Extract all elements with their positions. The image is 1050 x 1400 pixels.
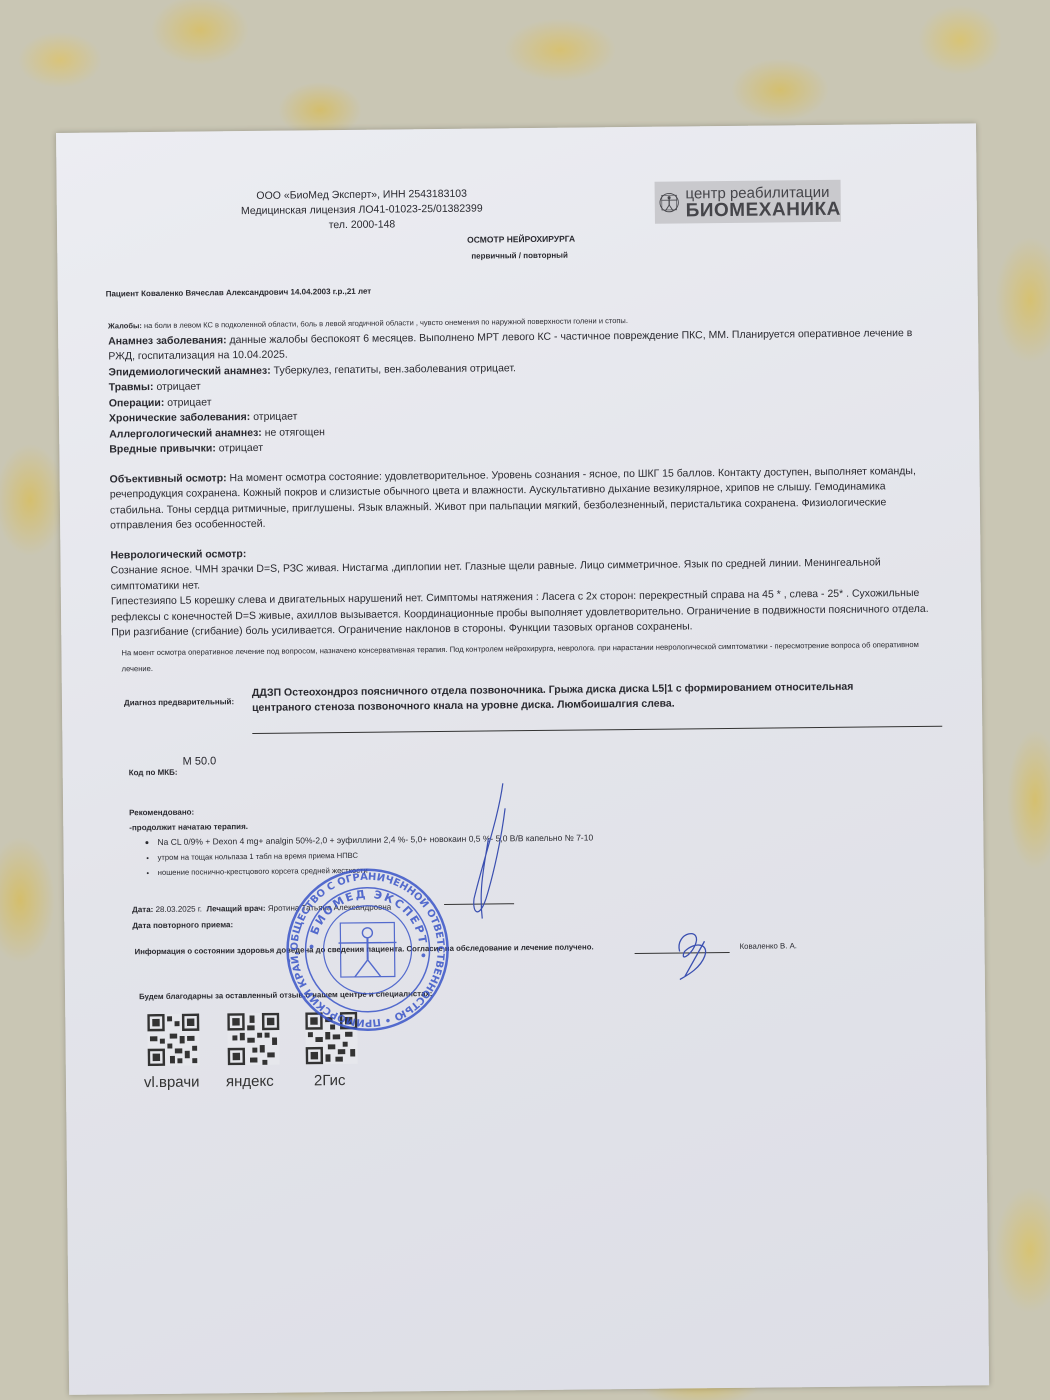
- mkb-label: Код по МКБ:: [129, 768, 178, 778]
- complaints-text: на боли в левом КС в подколенной области…: [144, 316, 628, 330]
- qr-label-2gis: 2Гис: [314, 1072, 346, 1089]
- chronic-text: отрицает: [253, 410, 297, 422]
- vitruvian-man-icon: [659, 185, 680, 219]
- patient-signature-icon: [664, 921, 725, 982]
- date-label: Дата:: [132, 905, 153, 914]
- diagnosis-label: Диагноз предварительный:: [124, 697, 234, 707]
- treatment-note: На моент осмотра оперативное лечение под…: [121, 637, 941, 678]
- objective-label: Объективный осмотр:: [110, 472, 227, 485]
- patient-signature-name: Коваленко В. А.: [740, 941, 797, 951]
- neuro-text-2: Гипестезияпо L5 корешку слева и двигател…: [111, 586, 941, 641]
- company-stamp-icon: ОБЩЕСТВО С ОГРАНИЧЕННОЙ ОТВЕТСТВЕННОСТЬЮ…: [282, 864, 454, 1036]
- repeat-visit-label: Дата повторного приема:: [132, 920, 233, 930]
- epid-label: Эпидемиологический анамнез:: [108, 364, 270, 378]
- date-value: 28.03.2025 г.: [156, 905, 203, 914]
- diagnosis-text: ДДЗП Остеохондроз поясничного отдела поз…: [252, 679, 912, 716]
- epid-text: Туберкулез, гепатиты, вен.заболевания от…: [274, 362, 516, 377]
- doctor-signature-icon: [443, 778, 525, 929]
- allergy-text: не отягощен: [265, 426, 325, 439]
- mkb-code: М 50.0: [183, 755, 217, 767]
- qr-label-yandex: яндекс: [226, 1073, 274, 1090]
- habits-text: отрицает: [219, 442, 263, 454]
- org-header: ООО «БиоМед Эксперт», ИНН 2543183103 Мед…: [207, 186, 517, 234]
- objective-row: Объективный осмотр: На момент осмотра со…: [110, 463, 941, 534]
- neuro-section: Неврологический осмотр: Сознание ясное. …: [110, 539, 941, 641]
- habits-label: Вредные привычки:: [109, 442, 216, 455]
- exam-body: Жалобы: на боли в левом КС в подколенной…: [108, 310, 941, 641]
- trauma-text: отрицает: [156, 380, 200, 392]
- trauma-label: Травмы:: [109, 381, 154, 393]
- operations-label: Операции:: [109, 396, 165, 409]
- medical-document: ООО «БиоМед Эксперт», ИНН 2543183103 Мед…: [56, 123, 989, 1395]
- qr-label-vlvrachi: vl.врачи: [144, 1074, 200, 1092]
- chronic-label: Хронические заболевания:: [109, 411, 250, 424]
- objective-text: На момент осмотра состояние: удовлетвори…: [110, 465, 916, 532]
- biomechanika-logo: центр реабилитации БИОМЕХАНИКА: [655, 180, 841, 224]
- document-subtitle: первичный / повторный: [471, 251, 568, 261]
- anamnesis-label: Анамнез заболевания:: [108, 334, 226, 347]
- qr-code-icon[interactable]: [147, 1014, 200, 1067]
- allergy-label: Аллергологический анамнез:: [109, 426, 262, 440]
- document-title: ОСМОТР НЕЙРОХИРУРГА: [467, 234, 575, 245]
- recommendations: Рекомендовано: -продолжит начатаю терапи…: [129, 797, 950, 881]
- diagnosis-divider: [252, 726, 942, 734]
- qr-code-icon[interactable]: [227, 1013, 280, 1066]
- doctor-label: Лечащий врач:: [206, 904, 265, 914]
- recommendations-list: Na CL 0/9% + Dexon 4 mg+ analgin 50%-2,0…: [129, 827, 949, 881]
- complaints-label: Жалобы:: [108, 321, 142, 330]
- neuro-label: Неврологический осмотр:: [110, 548, 246, 561]
- operations-text: отрицает: [167, 396, 211, 408]
- patient-info: Пациент Коваленко Вячеслав Александрович…: [106, 287, 372, 299]
- logo-title: БИОМЕХАНИКА: [686, 201, 841, 220]
